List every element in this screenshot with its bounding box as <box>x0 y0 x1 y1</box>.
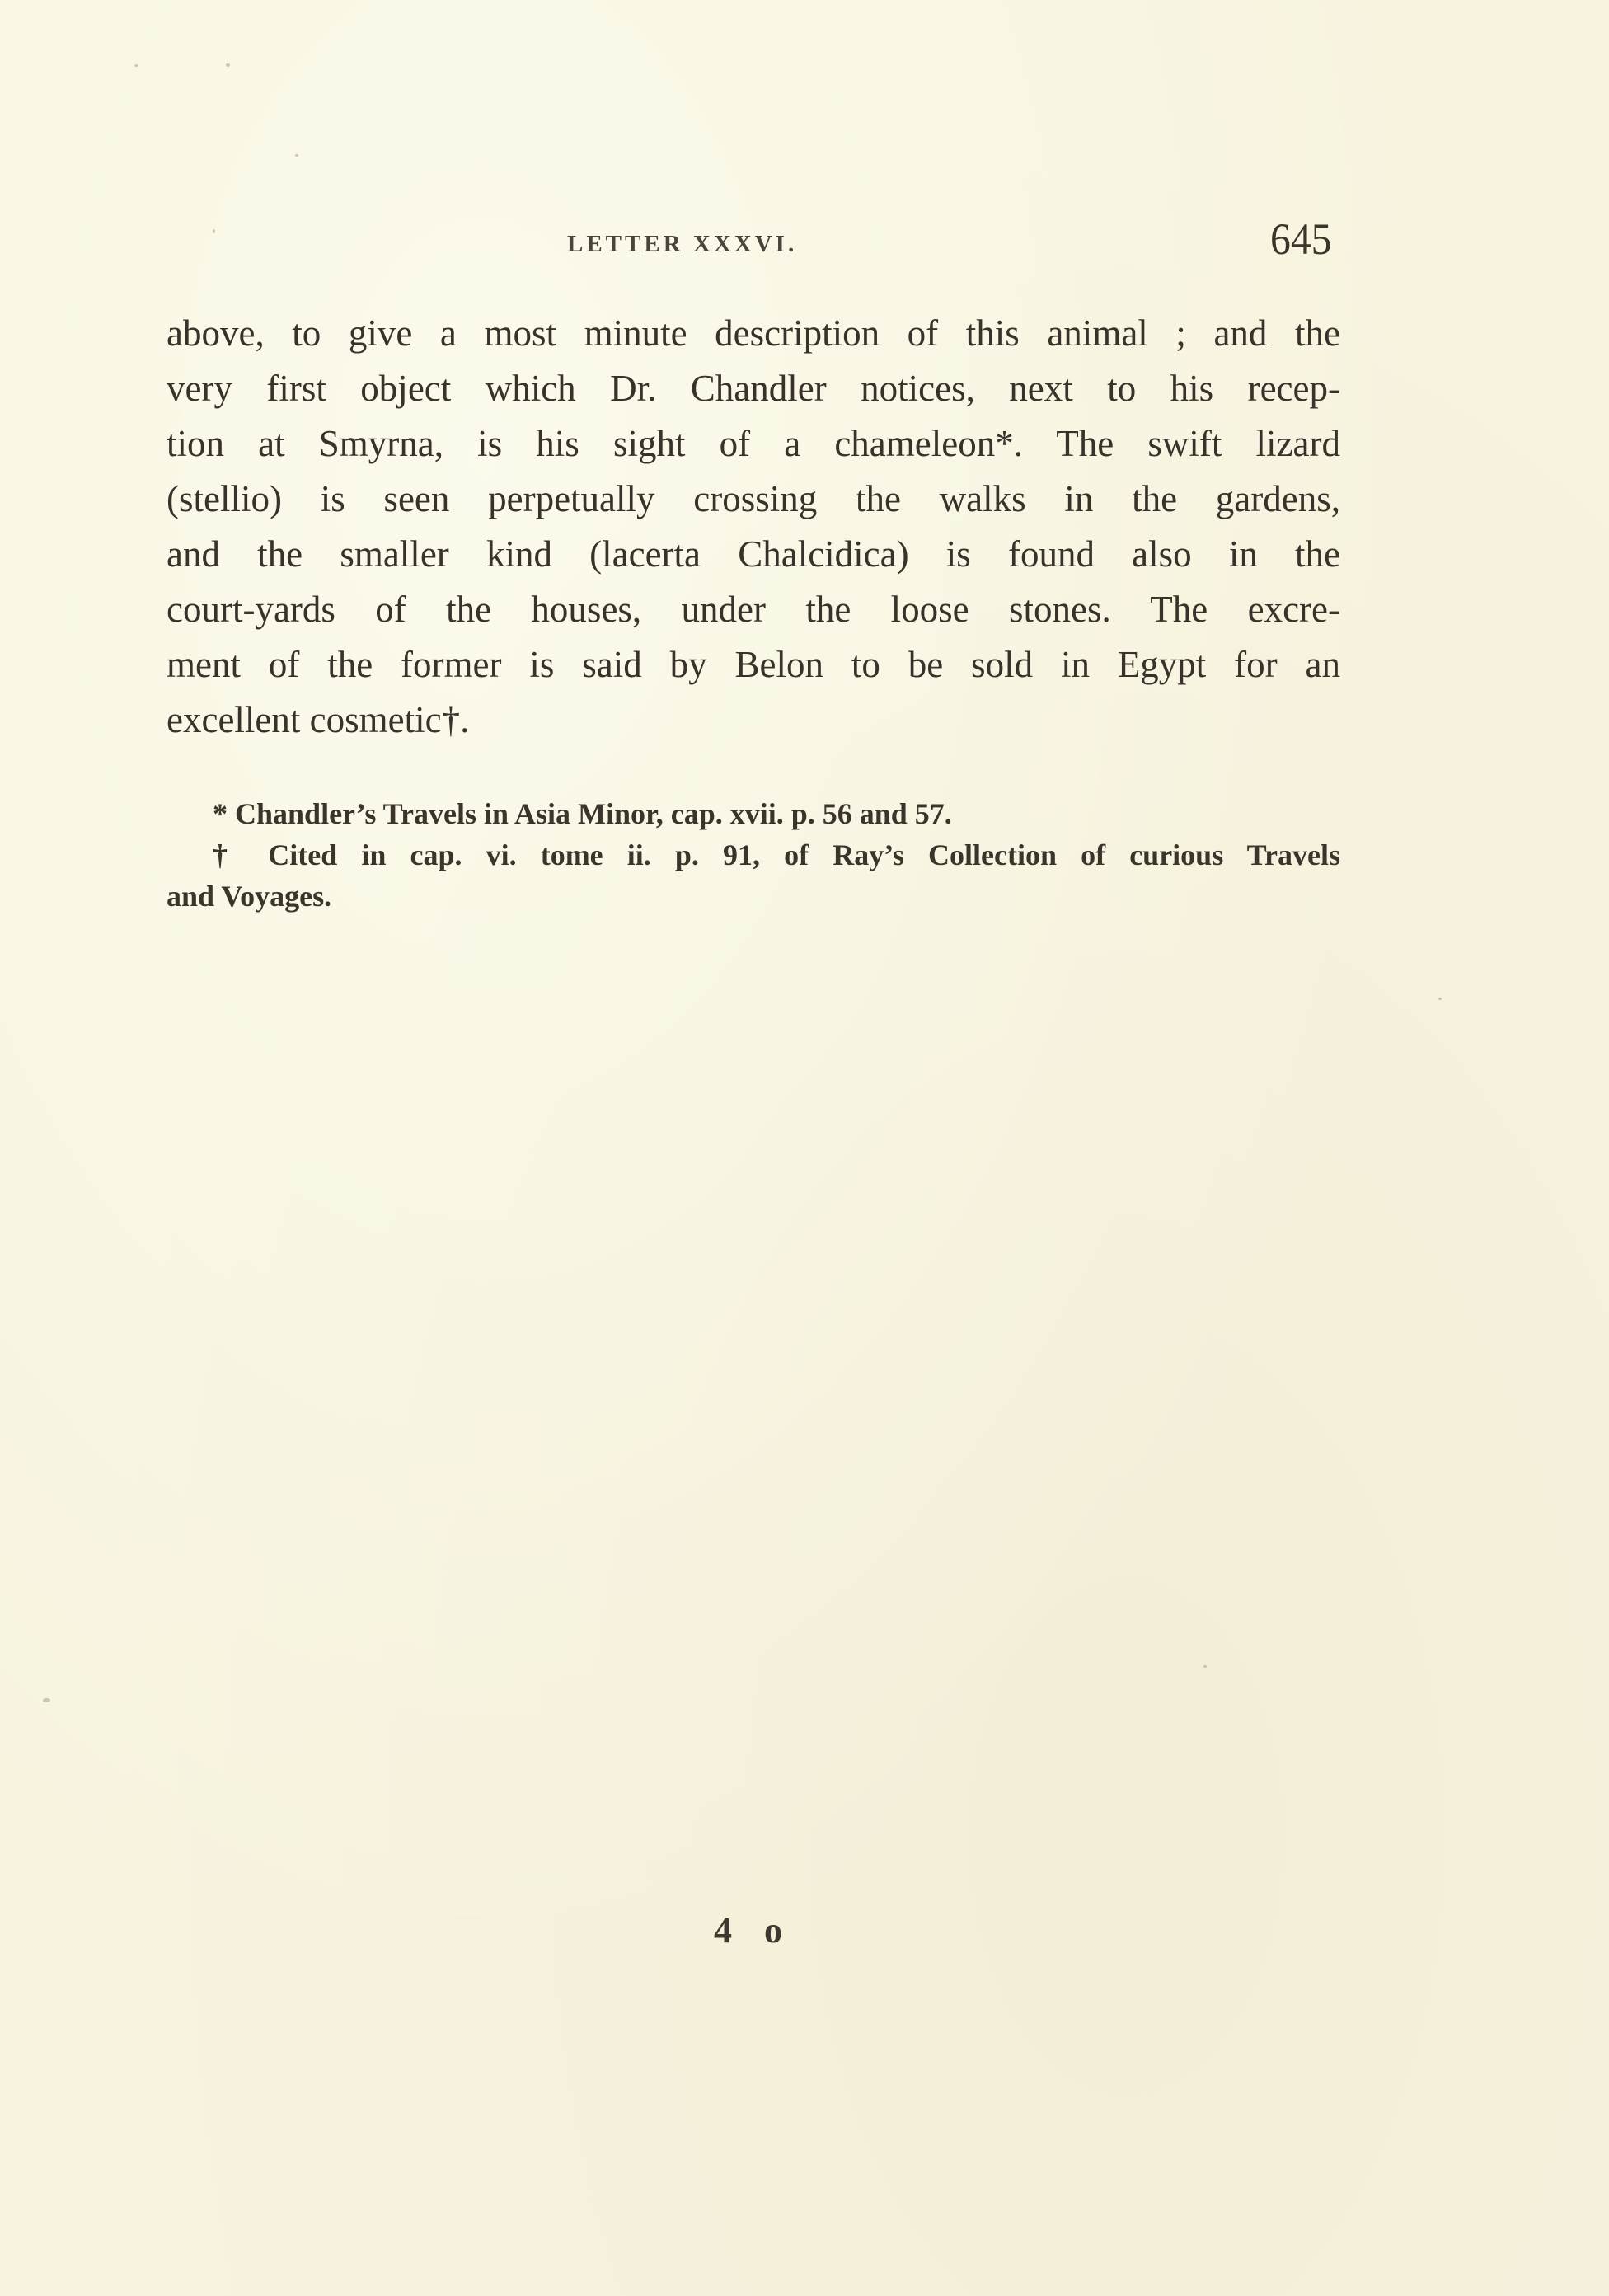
signature-mark: 4 o <box>714 1911 794 1951</box>
paper-speck <box>1438 998 1442 1000</box>
paper-speck <box>226 63 230 67</box>
paper-speck <box>43 1698 50 1702</box>
paper-speck <box>134 64 138 67</box>
footnote-asterisk: * Chandler’s Travels in Asia Minor, cap.… <box>167 793 1340 834</box>
paper-speck <box>295 154 298 157</box>
page-number: 645 <box>1270 216 1332 262</box>
body-line: court-yards of the houses, under the loo… <box>167 582 1340 637</box>
body-line: excellent cosmetic†. <box>167 693 1340 748</box>
body-line: (stellio) is seen perpetually crossing t… <box>167 472 1340 527</box>
footnote-dagger: † Cited in cap. vi. tome ii. p. 91, of R… <box>167 834 1340 876</box>
footnote-dagger-continuation: and Voyages. <box>167 876 1340 917</box>
footnotes: * Chandler’s Travels in Asia Minor, cap.… <box>167 793 1340 917</box>
body-line: ment of the former is said by Belon to b… <box>167 637 1340 693</box>
body-line: above, to give a most minute description… <box>167 306 1340 361</box>
body-line: very first object which Dr. Chandler not… <box>167 361 1340 416</box>
book-page: LETTER XXXVI. 645 above, to give a most … <box>0 0 1609 2296</box>
paper-speck <box>1203 1665 1207 1668</box>
body-line: tion at Smyrna, is his sight of a chamel… <box>167 416 1340 472</box>
running-title: LETTER XXXVI. <box>567 231 797 257</box>
body-text: above, to give a most minute description… <box>167 306 1340 748</box>
running-head: LETTER XXXVI. 645 <box>0 216 1609 262</box>
body-line: and the smaller kind (lacerta Chalcidica… <box>167 527 1340 582</box>
